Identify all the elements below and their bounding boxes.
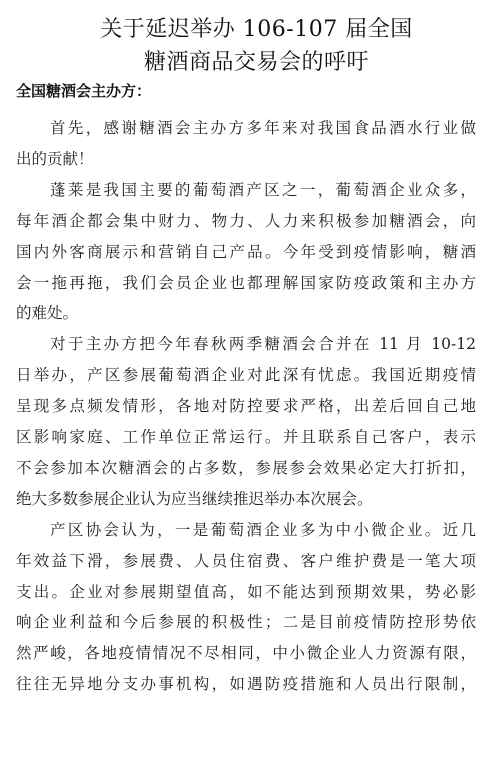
body-line: 绝大多数参展企业认为应当继续推迟举办本次展会。 [16, 489, 476, 509]
body-line: 响企业利益和今后参展的积极性；二是目前疫情防控形势依 [16, 612, 476, 632]
body-line: 支出。企业对参展期望值高，如不能达到预期效果，势必影 [16, 582, 476, 602]
body-line: 然严峻，各地疫情情况不尽相同，中小微企业人力资源有限， [16, 643, 476, 663]
body-line: 日举办，产区参展葡萄酒企业对此深有忧虑。我国近期疫情 [16, 365, 476, 385]
body-line: 蓬莱是我国主要的葡萄酒产区之一，葡萄酒企业众多， [50, 180, 476, 200]
body-line: 国内外客商展示和营销自己产品。今年受到疫情影响，糖酒 [16, 242, 476, 262]
body-line: 产区协会认为，一是葡萄酒企业多为中小微企业。近几 [50, 520, 476, 540]
body-line: 每年酒企都会集中财力、物力、人力来积极参加糖酒会，向 [16, 211, 476, 231]
body-line: 年效益下滑，参展费、人员住宿费、客户维护费是一笔大项 [16, 551, 476, 571]
body-line: 的难处。 [16, 303, 476, 323]
body-line: 不会参加本次糖酒会的占多数，参展参会效果必定大打折扣， [16, 458, 476, 478]
body-line: 对于主办方把今年春秋两季糖酒会合并在 11 月 10-12 [50, 334, 476, 354]
body-line: 出的贡献！ [16, 149, 476, 169]
body-line: 区影响家庭、工作单位正常运行。并且联系自己客户，表示 [16, 427, 476, 447]
document-title-line-1: 关于延迟举办 106-107 届全国 [12, 12, 489, 43]
document-title-line-2: 糖酒商品交易会的呼吁 [12, 45, 489, 76]
body-line: 会一拖再拖，我们会员企业也都理解国家防疫政策和主办方 [16, 273, 476, 293]
salutation: 全国糖酒会主办方： [16, 80, 151, 101]
body-line: 呈现多点频发情形，各地对防控要求严格，出差后回自己地 [16, 396, 476, 416]
body-line: 首先，感谢糖酒会主办方多年来对我国食品酒水行业做 [50, 118, 476, 138]
body-line: 往往无异地分支办事机构，如遇防疫措施和人员出行限制， [16, 674, 476, 694]
